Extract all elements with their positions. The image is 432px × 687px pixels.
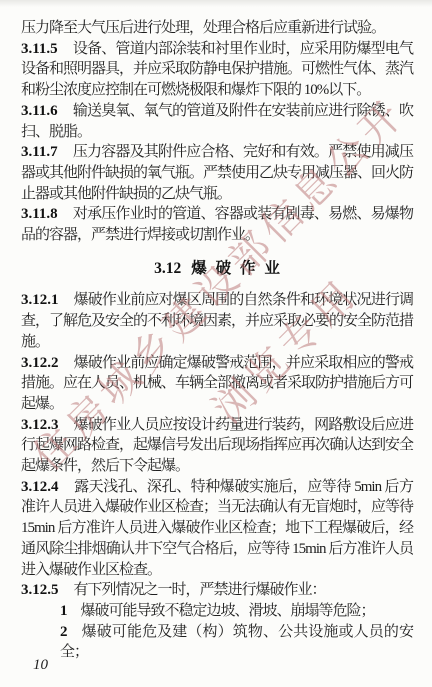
clause-number: 3.12.1 [21, 292, 59, 308]
paragraph: 3.12.1爆破作业前应对爆区周围的自然条件和环境状况进行调查，了解危及安全的不… [21, 290, 413, 352]
paragraph: 3.11.5设备、管道内部涂装和衬里作业时，应采用防爆型电气设备和照明器具，并应… [21, 39, 413, 101]
clause-text: 输送臭氧、氧气的管道及附件在安装前应进行除锈、吹扫、脱脂。 [21, 103, 413, 140]
clause-text: 爆 破 作 业 [191, 260, 280, 277]
clause-number: 3.11.6 [21, 103, 58, 119]
page-number: 10 [33, 657, 48, 674]
paragraph: 压力降至大气压后进行处理，处理合格后应重新进行试验。 [21, 18, 413, 39]
list-item: 2爆破可能危及建（构）筑物、公共设施或人员的安全； [21, 622, 413, 663]
document-page: 住房城乡建设部信息公开 浏览专用 压力降至大气压后进行处理，处理合格后应重新进行… [0, 0, 432, 687]
clause-text: 露天浅孔、深孔、特种爆破实施后，应等待 5min 后方准许人员进入爆破作业区检查… [21, 479, 413, 578]
clause-text: 压力容器及其附件应合格、完好和有效。严禁使用减压器或其他附件缺损的氧气瓶。严禁使… [21, 144, 413, 201]
clause-text: 对承压作业时的管道、容器或装有剧毒、易燃、易爆物品的容器，严禁进行焊接或切割作业… [21, 206, 413, 243]
paragraph: 3.12.3爆破作业人员应按设计药量进行装药，网路敷设后应进行起爆网路检查，起爆… [21, 415, 413, 477]
page-body: 压力降至大气压后进行处理，处理合格后应重新进行试验。3.11.5设备、管道内部涂… [21, 18, 413, 663]
clause-number: 3.12.5 [21, 582, 59, 598]
clause-number: 3.11.5 [21, 41, 58, 57]
clause-number: 3.12.3 [21, 417, 59, 433]
paragraph: 3.12.4露天浅孔、深孔、特种爆破实施后，应等待 5min 后方准许人员进入爆… [21, 477, 413, 581]
paragraph: 3.11.8对承压作业时的管道、容器或装有剧毒、易燃、易爆物品的容器，严禁进行焊… [21, 204, 413, 245]
paragraph: 3.11.6输送臭氧、氧气的管道及附件在安装前应进行除锈、吹扫、脱脂。 [21, 101, 413, 142]
scan-edge-shadow [0, 0, 432, 7]
clause-text: 压力降至大气压后进行处理，处理合格后应重新进行试验。 [21, 20, 385, 36]
paragraph: 3.11.7压力容器及其附件应合格、完好和有效。严禁使用减压器或其他附件缺损的氧… [21, 142, 413, 204]
clause-text: 爆破可能导致不稳定边坡、滑坡、崩塌等危险； [81, 603, 375, 619]
paragraph: 3.12.2爆破作业前应确定爆破警戒范围，并应采取相应的警戒措施。应在人员、机械… [21, 353, 413, 415]
list-item: 1爆破可能导致不稳定边坡、滑坡、崩塌等危险； [21, 601, 413, 622]
clause-text: 爆破作业前应确定爆破警戒范围，并应采取相应的警戒措施。应在人员、机械、车辆全部撤… [21, 355, 413, 412]
clause-number: 3.11.8 [21, 206, 58, 222]
clause-number: 3.12.4 [21, 479, 59, 495]
clause-text: 爆破作业人员应按设计药量进行装药，网路敷设后应进行起爆网路检查，起爆信号发出后现… [21, 417, 413, 474]
clause-number: 3.12.2 [21, 355, 59, 371]
clause-text: 爆破可能危及建（构）筑物、公共设施或人员的安全； [60, 624, 413, 661]
clause-number: 3.12 [154, 260, 181, 277]
clause-number: 3.11.7 [21, 144, 58, 160]
clause-number: 2 [60, 624, 68, 640]
clause-number: 1 [60, 603, 68, 619]
paragraph: 3.12.5有下列情况之一时，严禁进行爆破作业： [21, 580, 413, 601]
clause-text: 设备、管道内部涂装和衬里作业时，应采用防爆型电气设备和照明器具，并应采取防静电保… [21, 41, 413, 98]
clause-text: 爆破作业前应对爆区周围的自然条件和环境状况进行调查，了解危及安全的不利环境因素，… [21, 292, 413, 349]
section-heading: 3.12爆 破 作 业 [21, 259, 413, 280]
clause-text: 有下列情况之一时，严禁进行爆破作业： [74, 582, 326, 598]
